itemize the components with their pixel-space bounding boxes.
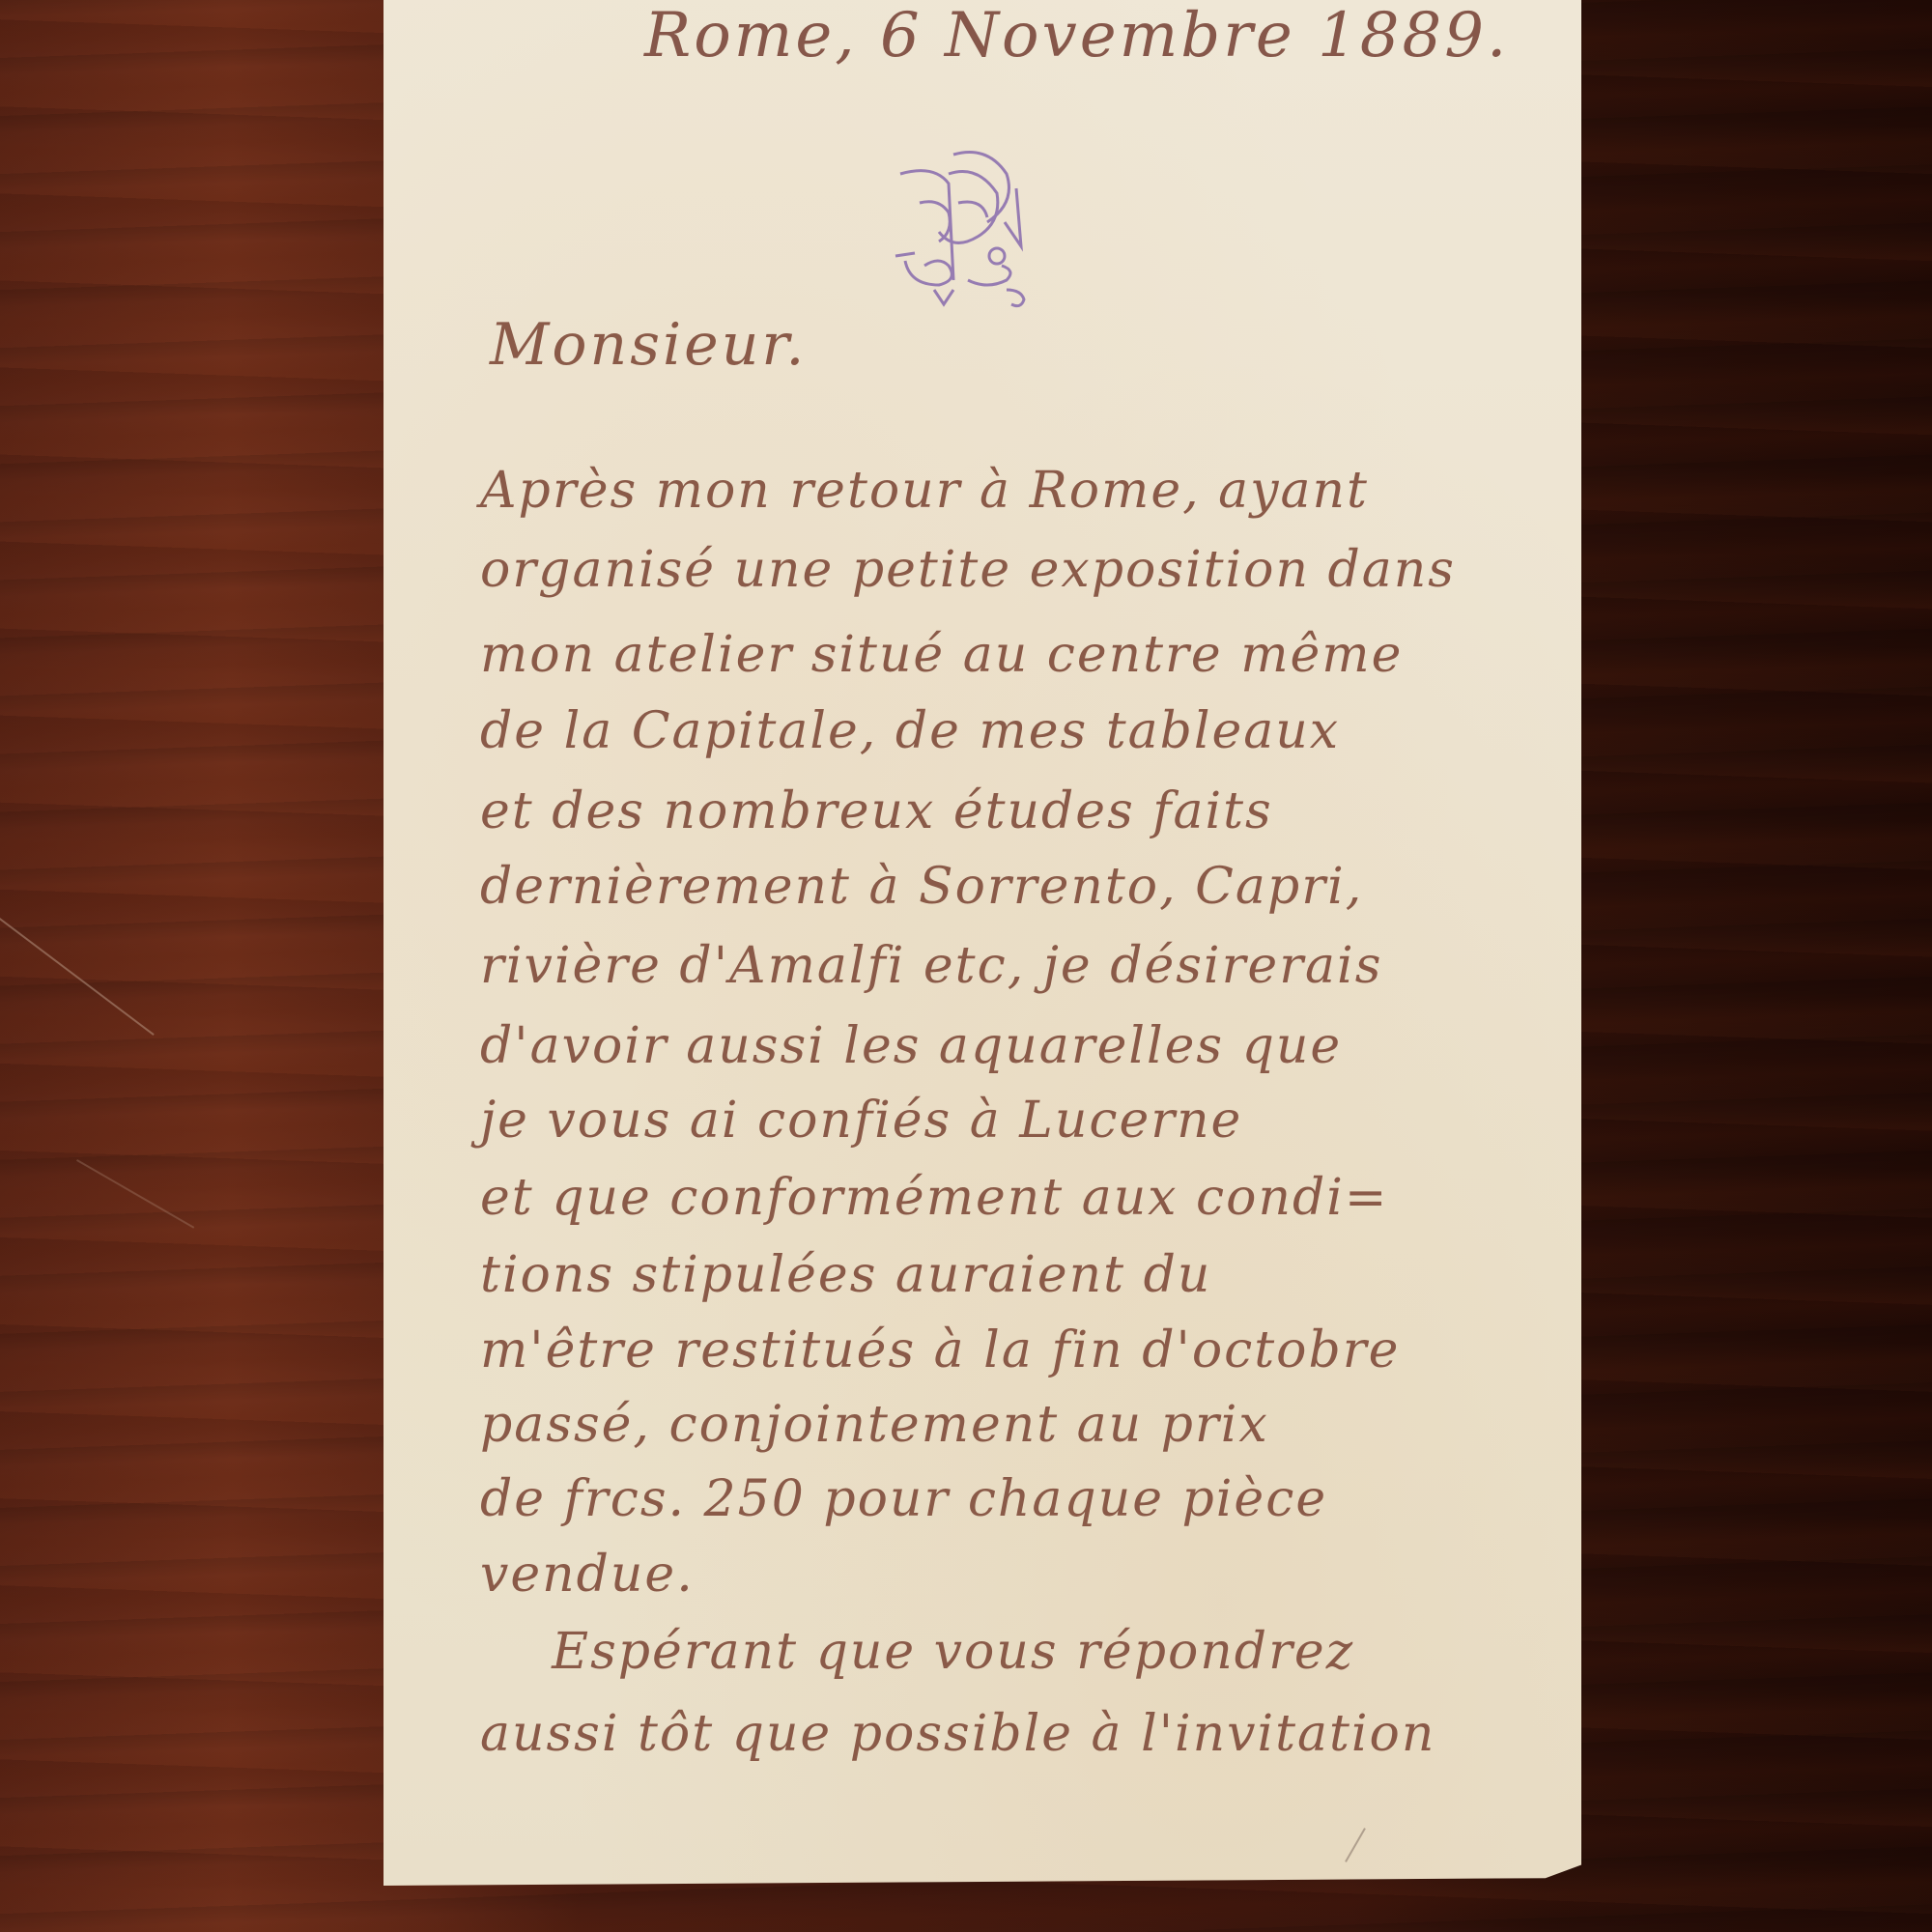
letter-line: aussi tôt que possible à l'invitation [480,1705,1435,1763]
letter-line: tions stipulées auraient du [480,1246,1211,1304]
letter-salutation: Monsieur. [490,311,808,379]
letter-line: vendue. [480,1546,695,1604]
letter-line: Espérant que vous répondrez [480,1623,1354,1681]
letter-line: de frcs. 250 pour chaque pièce [480,1470,1327,1528]
letter-sheet: Rome, 6 Novembre 1889. Monsieur. Après m… [384,0,1581,1886]
wood-scratch [0,918,155,1036]
pencil-mark [1345,1828,1366,1862]
letter-line: rivière d'Amalfi etc, je désirerais [480,937,1382,995]
letter-line: je vous ai confiés à Lucerne [480,1092,1242,1150]
letter-line: organisé une petite exposition dans [480,541,1456,599]
wood-scratch [76,1159,194,1229]
letter-line: mon atelier situé au centre même [480,626,1403,684]
letter-line: m'être restitués à la fin d'octobre [480,1321,1400,1379]
letter-line: et des nombreux études faits [480,782,1273,840]
letter-line: Après mon retour à Rome, ayant [480,462,1369,520]
letter-line: et que conformément aux condi= [480,1169,1388,1227]
letter-line: dernièrement à Sorrento, Capri, [480,858,1363,916]
letter-line: de la Capitale, de mes tableaux [480,702,1340,760]
letter-dateline: Rome, 6 Novembre 1889. [644,0,1509,71]
letter-line: d'avoir aussi les aquarelles que [480,1017,1342,1075]
letter-line: passé, conjointement au prix [480,1396,1269,1454]
monogram-stamp-icon [862,145,1055,314]
